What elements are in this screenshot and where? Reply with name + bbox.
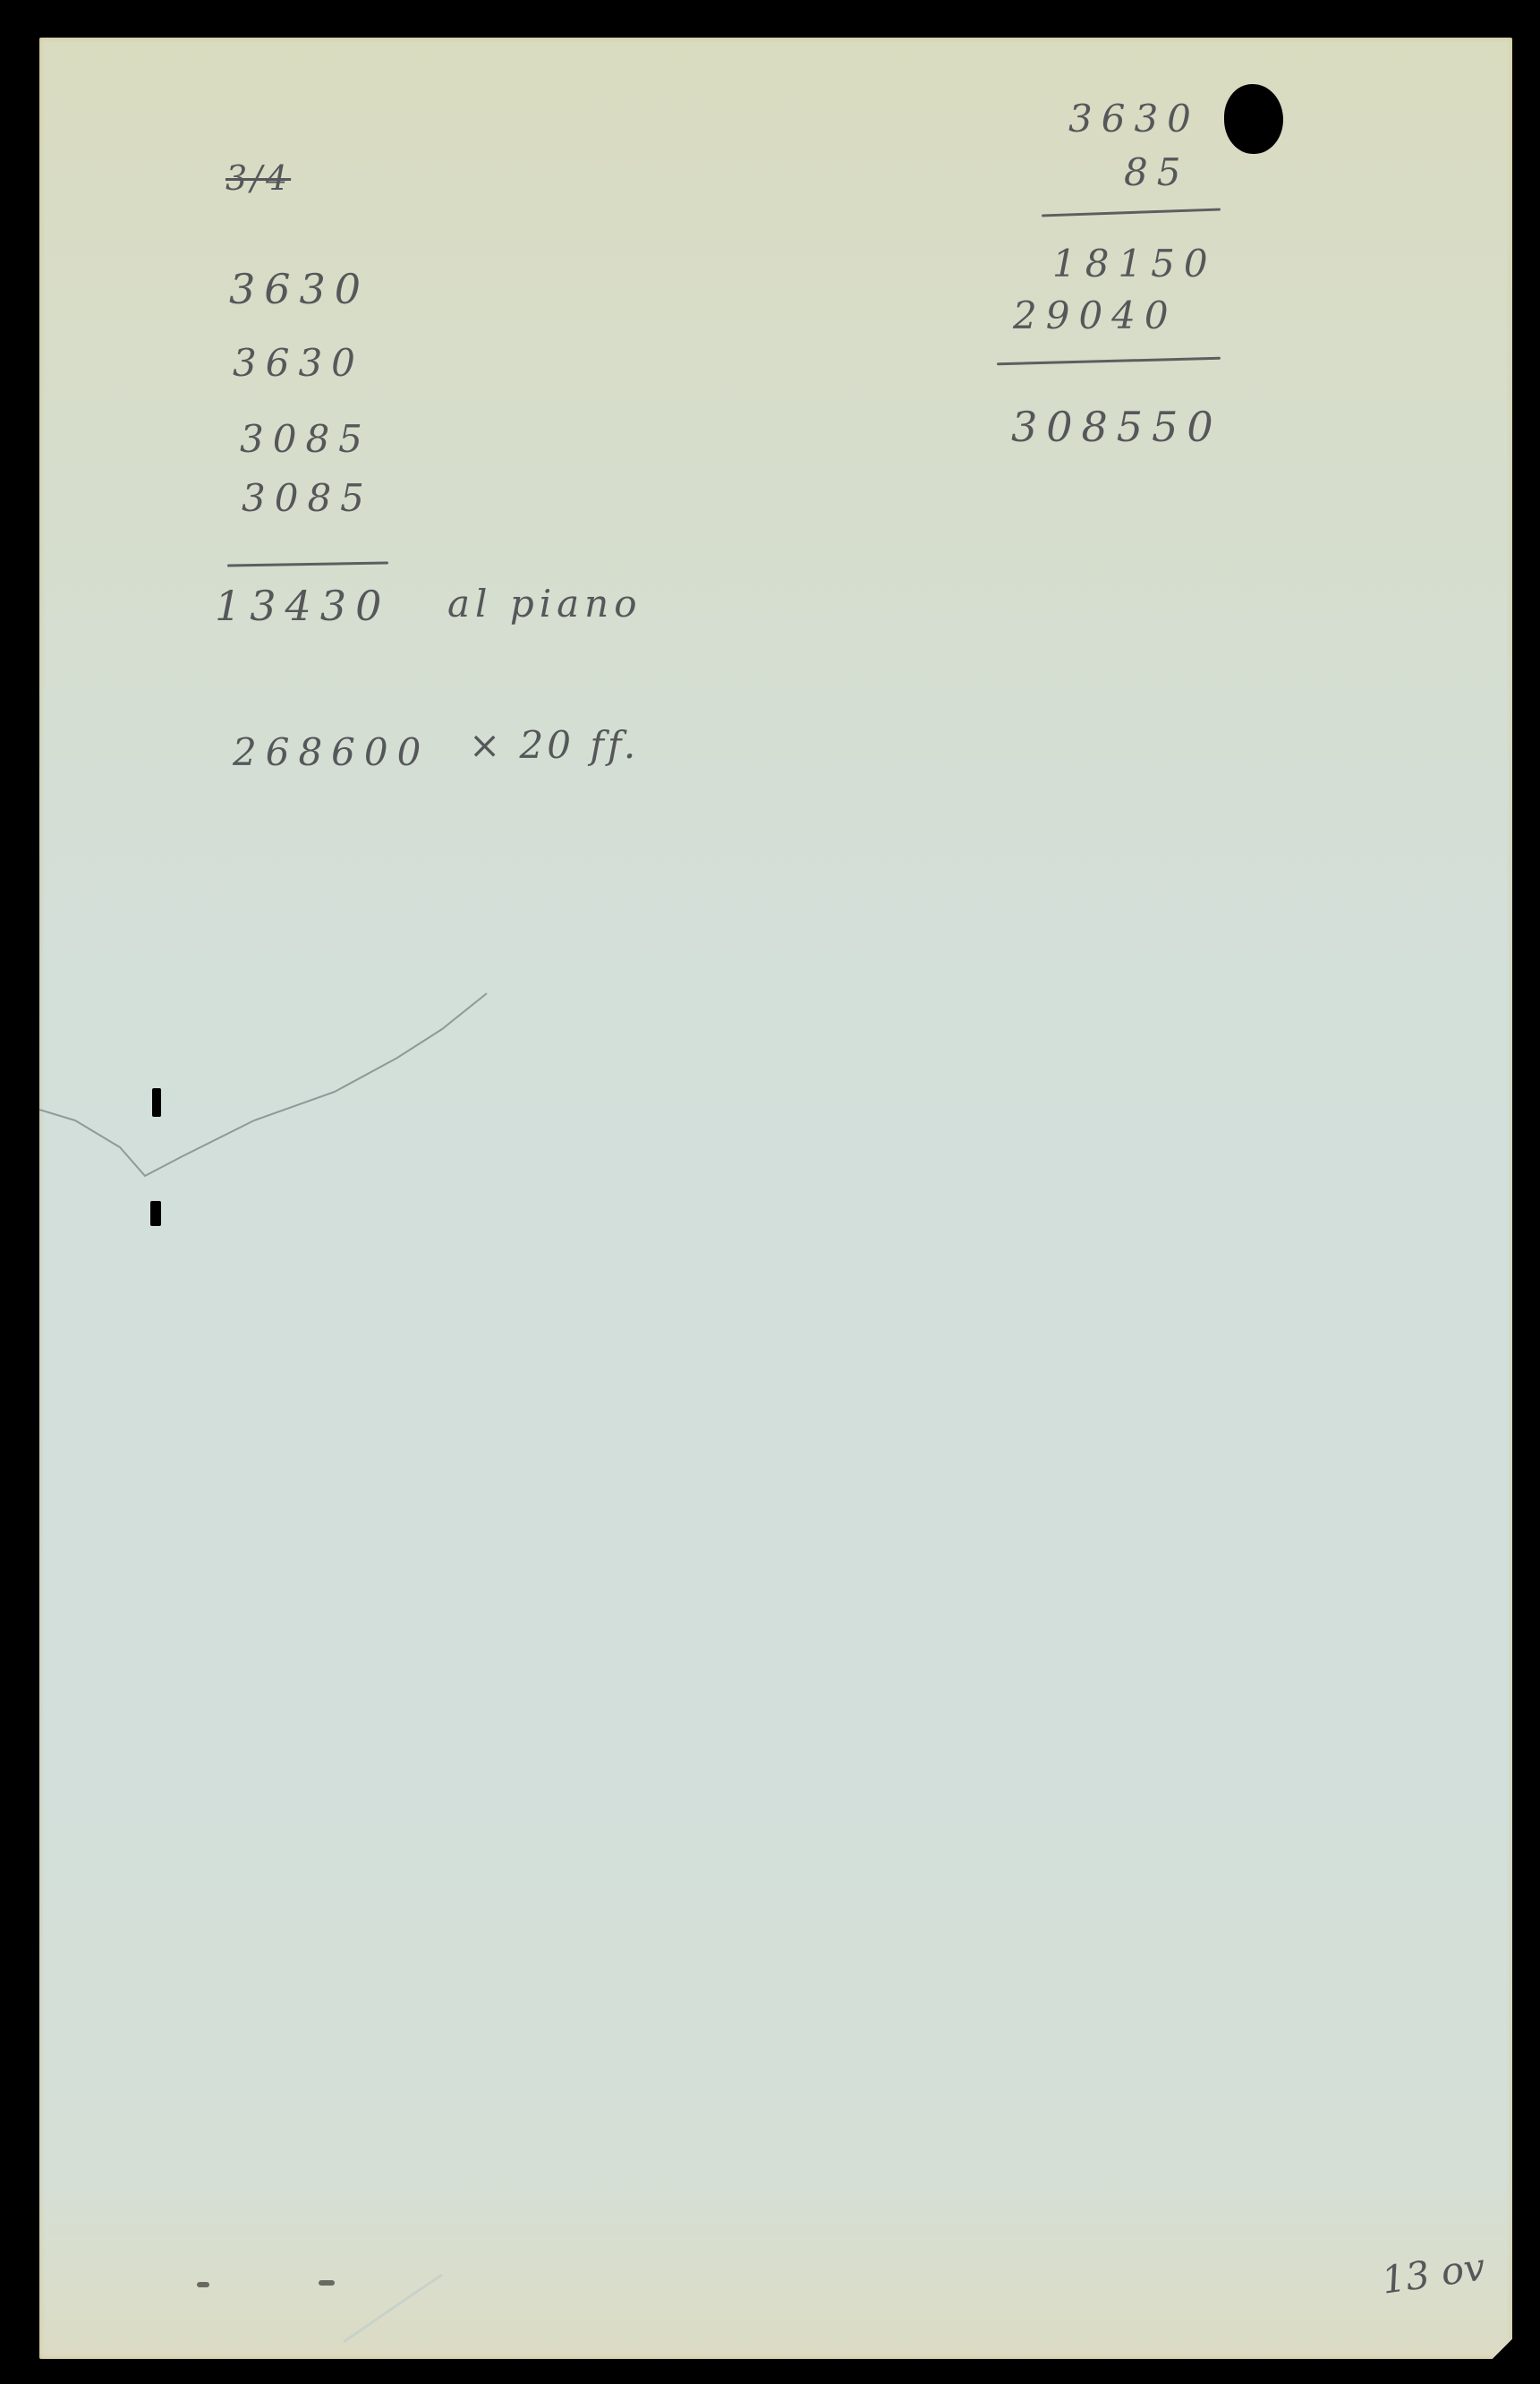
addend-3: 3085: [240, 421, 371, 458]
tear-mark-lower: [150, 1201, 161, 1226]
multiplier: 85: [1124, 154, 1189, 192]
partial-product-2: 29040: [1013, 297, 1178, 335]
speck: [197, 2282, 209, 2287]
paper-crack: [39, 38, 1512, 2359]
addend-4: 3085: [242, 480, 373, 517]
punch-hole: [1224, 84, 1283, 154]
sum-note: al piano: [447, 585, 642, 623]
crossed-out-mark: 3/4: [225, 161, 291, 195]
partial-product-1: 18150: [1052, 245, 1217, 283]
paper-sheet: 3/4 3630 3630 3085 3085 13430 al piano 2…: [39, 38, 1512, 2359]
speck: [319, 2280, 335, 2286]
multiplicand: 3630: [1068, 100, 1200, 138]
tear-mark-upper: [152, 1088, 161, 1117]
addend-1: 3630: [229, 268, 370, 310]
total-note: × 20 ff.: [469, 727, 639, 764]
product-value: 308550: [1011, 406, 1222, 447]
sum-value: 13430: [215, 585, 390, 626]
total-value: 268600: [233, 734, 430, 771]
addend-2: 3630: [233, 345, 364, 382]
